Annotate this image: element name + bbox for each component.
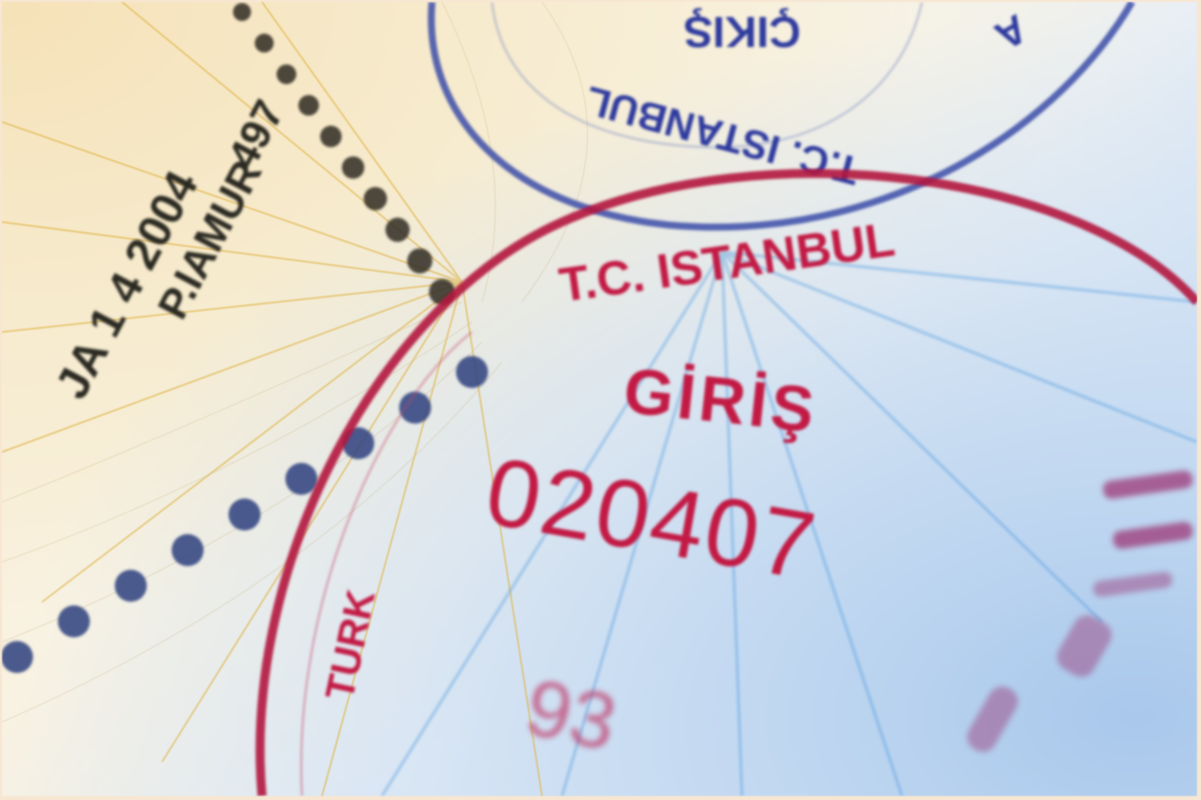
entry-stamp: T.C. ISTANBUL GİRİŞ 020407 93 TURK: [2, 2, 1197, 796]
entry-stamp-header: T.C. ISTANBUL: [556, 213, 898, 312]
entry-stamp-side-text: TURK: [318, 586, 384, 704]
entry-stamp-date: 020407: [478, 437, 824, 600]
passport-photo: ÇIKIŞ T.C. ISTANBUL A JA 1 4 2004 P.IAMU…: [2, 2, 1197, 796]
entry-stamp-number: 93: [518, 662, 624, 768]
entry-stamp-blurred-marks: [962, 469, 1194, 757]
entry-stamp-label: GİRİŞ: [621, 354, 822, 446]
